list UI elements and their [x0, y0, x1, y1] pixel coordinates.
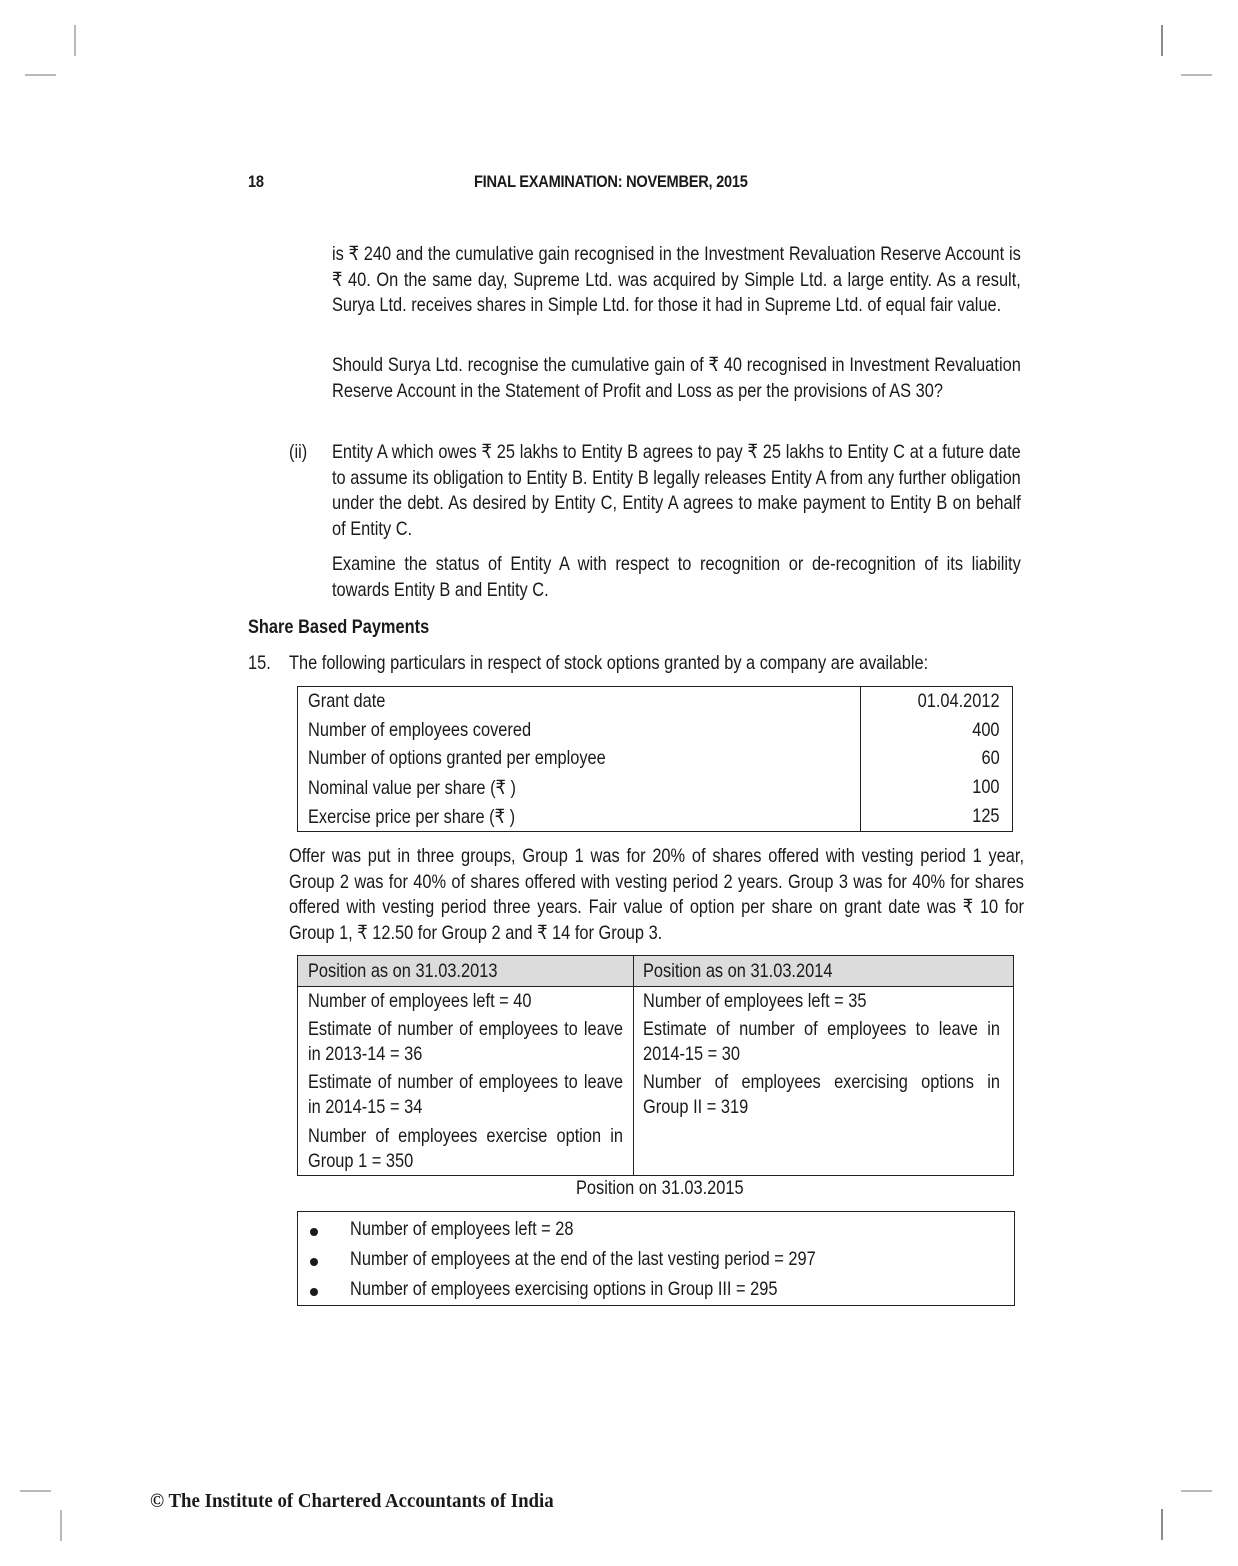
position-item: Number of employees exercise option in G…	[308, 1124, 623, 1173]
position-2015-box: Number of employees left = 28 Number of …	[297, 1211, 1015, 1306]
copyright-footer: © The Institute of Chartered Accountants…	[150, 1490, 554, 1513]
continuation-text-2: Should Surya Ltd. recognise the cumulati…	[332, 353, 1021, 404]
position-item: Estimate of number of employees to leave…	[643, 1017, 1000, 1066]
section-heading: Share Based Payments	[248, 616, 429, 639]
bullet-icon	[310, 1288, 318, 1296]
position-item: Number of employees left = 35	[643, 989, 1000, 1014]
position-2015-caption: Position on 31.03.2015	[576, 1177, 744, 1200]
particular-label: Number of options granted per employee	[298, 745, 861, 774]
particular-value: 125	[861, 802, 1013, 831]
particulars-row: Exercise price per share (₹ )125	[298, 802, 1013, 831]
particular-value: 60	[861, 745, 1013, 774]
offer-paragraph: Offer was put in three groups, Group 1 w…	[289, 844, 1024, 946]
offer-text: Offer was put in three groups, Group 1 w…	[289, 844, 1024, 946]
crop-mark-bottom-left-vertical	[60, 1510, 62, 1541]
crop-mark-bottom-right-vertical	[1161, 1509, 1163, 1540]
crop-mark-bottom-right-horizontal	[1181, 1490, 1212, 1492]
particulars-row: Nominal value per share (₹ )100	[298, 773, 1013, 802]
particulars-row: Grant date01.04.2012	[298, 687, 1013, 716]
positions-table: Position as on 31.03.2013 Number of empl…	[297, 955, 1014, 1176]
particular-label: Nominal value per share (₹ )	[298, 773, 861, 802]
position-item: Number of employees left = 40	[308, 989, 623, 1014]
question-intro: The following particulars in respect of …	[289, 651, 1020, 677]
particulars-row: Number of options granted per employee60	[298, 745, 1013, 774]
position-item: Number of employees exercising options i…	[643, 1070, 1000, 1119]
particular-value: 100	[861, 773, 1013, 802]
question-number: 15.	[248, 651, 282, 677]
particulars-table: Grant date01.04.2012Number of employees …	[297, 686, 1013, 832]
continuation-paragraph-1: is ₹ 240 and the cumulative gain recogni…	[332, 242, 1021, 319]
particular-value: 01.04.2012	[861, 687, 1013, 716]
item-ii-paragraph-1: Entity A which owes ₹ 25 lakhs to Entity…	[332, 440, 1021, 542]
position-item: Estimate of number of employees to leave…	[308, 1070, 623, 1119]
crop-mark-top-right-horizontal	[1181, 74, 1212, 76]
bullet-icon	[310, 1258, 318, 1266]
positions-table-divider	[633, 956, 634, 1175]
item-ii-text-1: Entity A which owes ₹ 25 lakhs to Entity…	[332, 440, 1021, 542]
particular-value: 400	[861, 716, 1013, 745]
crop-mark-top-right-vertical	[1161, 25, 1163, 56]
particulars-row: Number of employees covered400	[298, 716, 1013, 745]
running-title: FINAL EXAMINATION: NOVEMBER, 2015	[474, 172, 748, 192]
crop-mark-top-left-horizontal	[25, 74, 56, 76]
particular-label: Exercise price per share (₹ )	[298, 802, 861, 831]
continuation-text-1: is ₹ 240 and the cumulative gain recogni…	[332, 242, 1021, 319]
crop-mark-top-left-vertical	[74, 25, 76, 56]
particular-label: Grant date	[298, 687, 861, 716]
crop-mark-bottom-left-horizontal	[20, 1490, 51, 1492]
position-item: Estimate of number of employees to leave…	[308, 1017, 623, 1066]
bullet-icon	[310, 1228, 318, 1236]
column-header-2014: Position as on 31.03.2014	[643, 959, 832, 984]
particular-label: Number of employees covered	[298, 716, 861, 745]
item-ii-paragraph-2: Examine the status of Entity A with resp…	[332, 552, 1021, 603]
page-number: 18	[248, 172, 264, 192]
item-ii-text-2: Examine the status of Entity A with resp…	[332, 552, 1021, 603]
column-header-2013: Position as on 31.03.2013	[308, 959, 497, 984]
continuation-paragraph-2: Should Surya Ltd. recognise the cumulati…	[332, 353, 1021, 404]
